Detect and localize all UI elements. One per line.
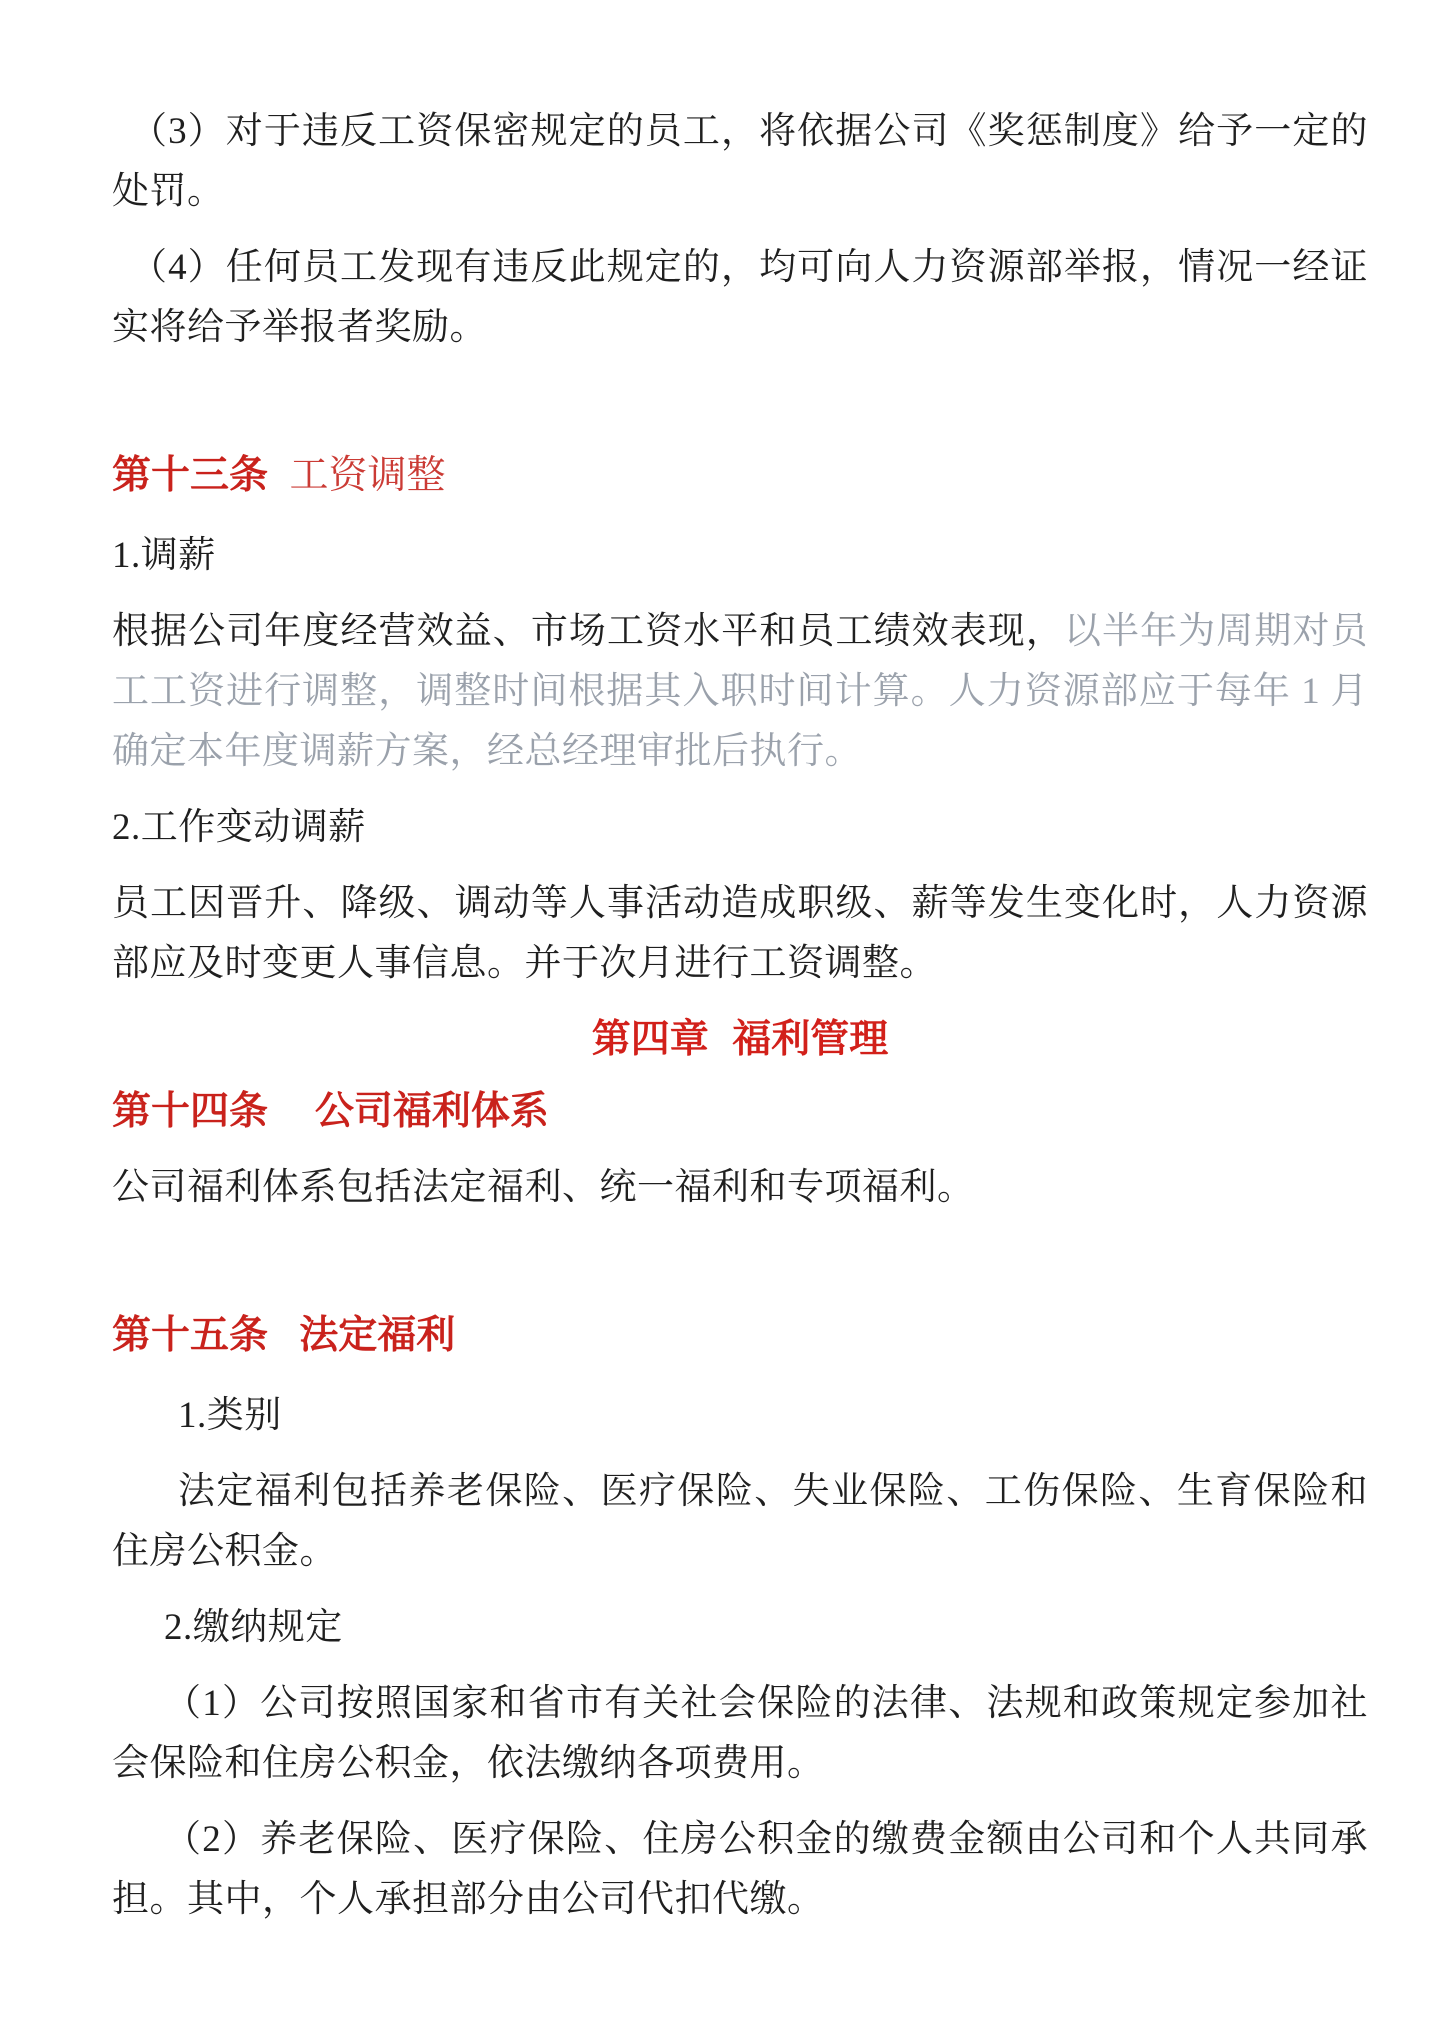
paragraph-adjustment-policy: 根据公司年度经营效益、市场工资水平和员工绩效表现，以半年为周期对员工工资进行调整… — [112, 602, 1368, 782]
chapter-4-heading: 第四章福利管理 — [112, 1010, 1368, 1070]
subitem-category: 1.类别 — [112, 1386, 1368, 1446]
article-15-title: 法定福利 — [299, 1314, 455, 1357]
paragraph-social-insurance-1: （1）公司按照国家和省市有关社会保险的法律、法规和政策规定参加社会保险和住房公积… — [112, 1674, 1368, 1794]
chapter-4-number: 第四章 — [592, 1018, 709, 1061]
subitem-job-change-adjustment: 2.工作变动调薪 — [112, 798, 1368, 858]
paragraph-report-clause-4: （4）任何员工发现有违反此规定的，均可向人力资源部举报，情况一经证实将给予举报者… — [112, 238, 1368, 358]
subitem-payment-rules: 2.缴纳规定 — [112, 1598, 1368, 1658]
chapter-4-title: 福利管理 — [732, 1018, 888, 1061]
paragraph-social-insurance-2: （2）养老保险、医疗保险、住房公积金的缴费金额由公司和个人共同承担。其中，个人承… — [112, 1810, 1368, 1930]
article-13-heading: 第十三条工资调整 — [112, 446, 1368, 506]
paragraph-legal-welfare: 法定福利包括养老保险、医疗保险、失业保险、工伤保险、生育保险和住房公积金。 — [112, 1462, 1368, 1582]
article-14-heading: 第十四条公司福利体系 — [112, 1082, 1368, 1142]
adjustment-policy-black-text: 根据公司年度经营效益、市场工资水平和员工绩效表现， — [112, 611, 1064, 652]
paragraph-job-change: 员工因晋升、降级、调动等人事活动造成职级、薪等发生变化时，人力资源部应及时变更人… — [112, 874, 1368, 994]
paragraph-penalty-clause-3: （3）对于违反工资保密规定的员工，将依据公司《奖惩制度》给予一定的处罚。 — [112, 102, 1368, 222]
document-page: （3）对于违反工资保密规定的员工，将依据公司《奖惩制度》给予一定的处罚。 （4）… — [0, 0, 1440, 2030]
article-13-title: 工资调整 — [289, 454, 445, 497]
subitem-salary-adjustment: 1.调薪 — [112, 526, 1368, 586]
article-14-number: 第十四条 — [112, 1090, 268, 1133]
article-15-number: 第十五条 — [112, 1314, 268, 1357]
article-15-heading: 第十五条法定福利 — [112, 1306, 1368, 1366]
article-14-title: 公司福利体系 — [315, 1090, 549, 1133]
article-13-number: 第十三条 — [112, 454, 268, 497]
paragraph-welfare-system: 公司福利体系包括法定福利、统一福利和专项福利。 — [112, 1158, 1368, 1218]
